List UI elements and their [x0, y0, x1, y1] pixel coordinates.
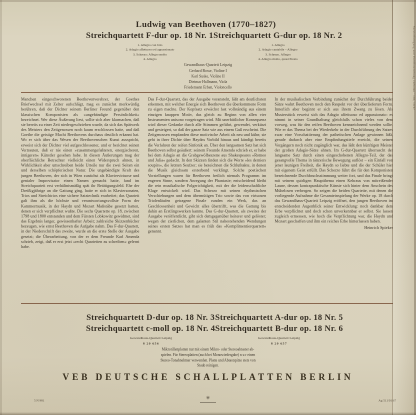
release-2-catalog-number: 8 20 657: [218, 341, 340, 346]
ensemble-member: Friedemann Erben, Violoncello: [93, 84, 323, 90]
release-1-title-1: Streichquartett D-dur op. 18 Nr. 3: [86, 313, 215, 324]
publisher-name: VEB DEUTSCHE SCHALLPLATTEN BERLIN: [0, 372, 416, 382]
release-2-title-2: Streichquartett B-dur op. 18 Nr. 6: [215, 324, 343, 335]
release-2-title-1: Streichquartett A-dur op. 18 Nr. 5: [215, 313, 343, 324]
print-code-left: 5 N 981: [34, 399, 44, 403]
release-1-title-2: Streichquartett c-moll op. 18 Nr. 4: [86, 324, 215, 335]
divider-bottom: [21, 303, 393, 304]
care-notice-line: Staub reinigen.: [48, 363, 368, 368]
care-notice: Mikrorillenplatten nur mit einem Mikro- …: [48, 347, 368, 369]
fold-line: [392, 0, 393, 415]
quartet-2-title: Streichquartett G-dur op. 18 Nr. 2: [213, 31, 342, 42]
paper-edge-top: [0, 0, 416, 2]
composer-title: Ludwig van Beethoven (1770–1827): [0, 19, 412, 29]
liner-notes-text: In der musikalischen Verbindung zunächst…: [275, 97, 393, 224]
movement: 4. Allegro molto, quasi Presto: [208, 57, 348, 62]
liner-notes-column-3: In der musikalischen Verbindung zunächst…: [275, 97, 393, 299]
release-2-block: Streichquartett A-dur op. 18 Nr. 5 Strei…: [215, 313, 343, 350]
release-1-catalog-number: 8 20 656: [90, 341, 212, 346]
paper-edge-left: [0, 0, 2, 415]
release-1-block: Streichquartett D-dur op. 18 Nr. 3 Strei…: [86, 313, 215, 350]
top-quartets: Streichquartett F-dur op. 18 Nr. 1 1. Al…: [86, 31, 330, 65]
album-back-cover: Ludwig van Beethoven (1770–1827) Streich…: [0, 0, 416, 415]
liner-notes-column-1: Manchen eingeschworenen Beethovenverehre…: [21, 97, 139, 299]
companion-releases: Streichquartett D-dur op. 18 Nr. 3 Strei…: [86, 313, 330, 350]
divider-top: [21, 92, 393, 93]
release-2-ensemble: Gewandhaus-Quartett Leipzig: [218, 336, 340, 341]
printer-mark-icon: ✳: [200, 396, 216, 403]
movement: 4. Allegro: [80, 57, 220, 62]
liner-notes-author: Heinrich Spieker: [275, 226, 393, 231]
liner-notes-column-2: Das F-dur-Quartett, das der Ausgabe vora…: [148, 97, 266, 299]
ensemble-credits: Gewandhaus-Quartett Leipzig Gerhard Boss…: [93, 62, 323, 90]
release-1-ensemble: Gewandhaus-Quartett Leipzig: [90, 336, 212, 341]
quartet-1-title: Streichquartett F-dur op. 18 Nr. 1: [86, 31, 213, 42]
liner-notes: Manchen eingeschworenen Beethovenverehre…: [21, 97, 393, 299]
quartet-2-block: Streichquartett G-dur op. 18 Nr. 2 1. Al…: [213, 31, 342, 65]
quartet-1-block: Streichquartett F-dur op. 18 Nr. 1 1. Al…: [86, 31, 213, 65]
